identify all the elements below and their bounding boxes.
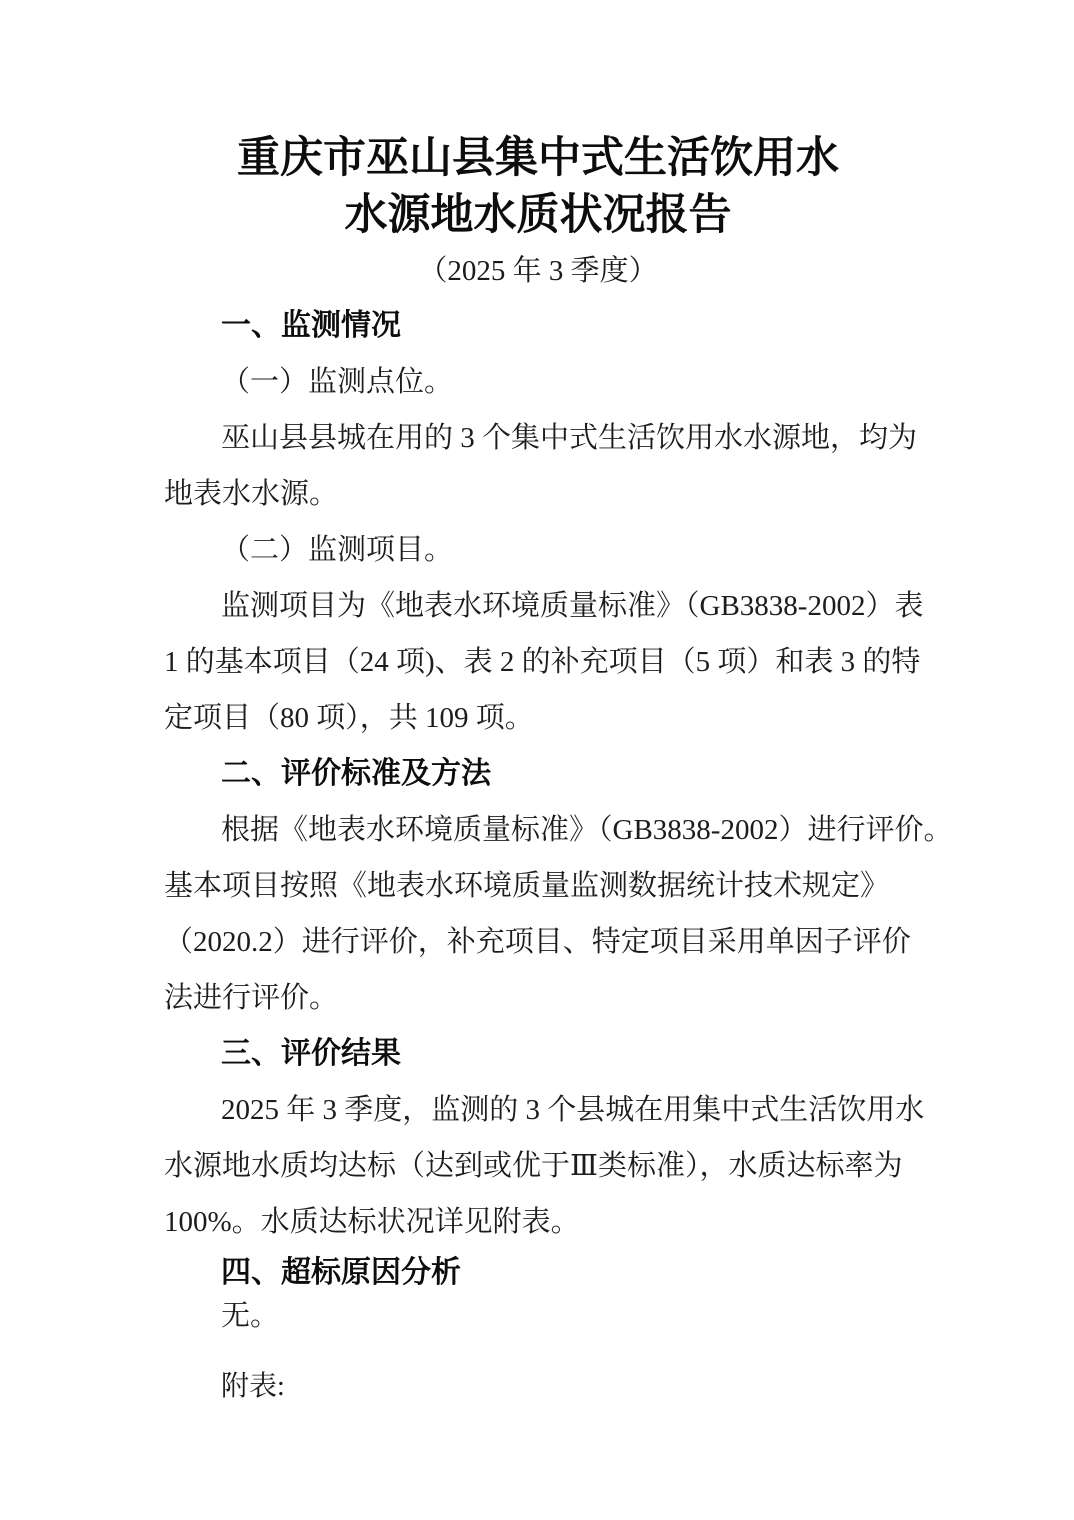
text-line: 定项目（80 项），共 109 项。 [164, 690, 912, 746]
doc-title-line2: 水源地水质状况报告 [164, 187, 912, 244]
text-line: （2020.2）进行评价，补充项目、特定项目采用单因子评价 [164, 914, 912, 970]
section-heading: 一、监测情况 [164, 298, 912, 354]
spacer [164, 1336, 912, 1364]
text-line: （一）监测点位。 [164, 354, 912, 410]
text-line: 2025 年 3 季度，监测的 3 个县城在用集中式生活饮用水 [164, 1082, 912, 1138]
text-line: 水源地水质均达标（达到或优于Ⅲ类标准），水质达标率为 [164, 1138, 912, 1194]
section-heading: 三、评价结果 [164, 1026, 912, 1082]
text-line: 根据《地表水环境质量标准》（GB3838-2002）进行评价。 [164, 802, 912, 858]
doc-title-line1: 重庆市巫山县集中式生活饮用水 [164, 130, 912, 187]
document-page: 重庆市巫山县集中式生活饮用水 水源地水质状况报告 （2025 年 3 季度） 一… [0, 0, 1074, 1520]
text-line: 基本项目按照《地表水环境质量监测数据统计技术规定》 [164, 858, 912, 914]
text-line: 监测项目为《地表水环境质量标准》（GB3838-2002）表 [164, 578, 912, 634]
section-heading: 二、评价标准及方法 [164, 746, 912, 802]
section-heading: 四、超标原因分析 [164, 1250, 912, 1296]
title-block: 重庆市巫山县集中式生活饮用水 水源地水质状况报告 （2025 年 3 季度） [164, 130, 912, 298]
text-line: 法进行评价。 [164, 970, 912, 1026]
document-body: 一、监测情况（一）监测点位。巫山县县城在用的 3 个集中式生活饮用水水源地，均为… [164, 298, 912, 1410]
text-line: （二）监测项目。 [164, 522, 912, 578]
annex-label: 附表: [164, 1364, 912, 1410]
text-line: 地表水水源。 [164, 466, 912, 522]
doc-subtitle: （2025 年 3 季度） [164, 244, 912, 298]
text-line: 100%。水质达标状况详见附表。 [164, 1194, 912, 1250]
text-line: 巫山县县城在用的 3 个集中式生活饮用水水源地，均为 [164, 410, 912, 466]
text-line: 1 的基本项目（24 项)、表 2 的补充项目（5 项）和表 3 的特 [164, 634, 912, 690]
document-content: 重庆市巫山县集中式生活饮用水 水源地水质状况报告 （2025 年 3 季度） 一… [164, 130, 912, 1410]
text-line: 无。 [164, 1296, 912, 1336]
